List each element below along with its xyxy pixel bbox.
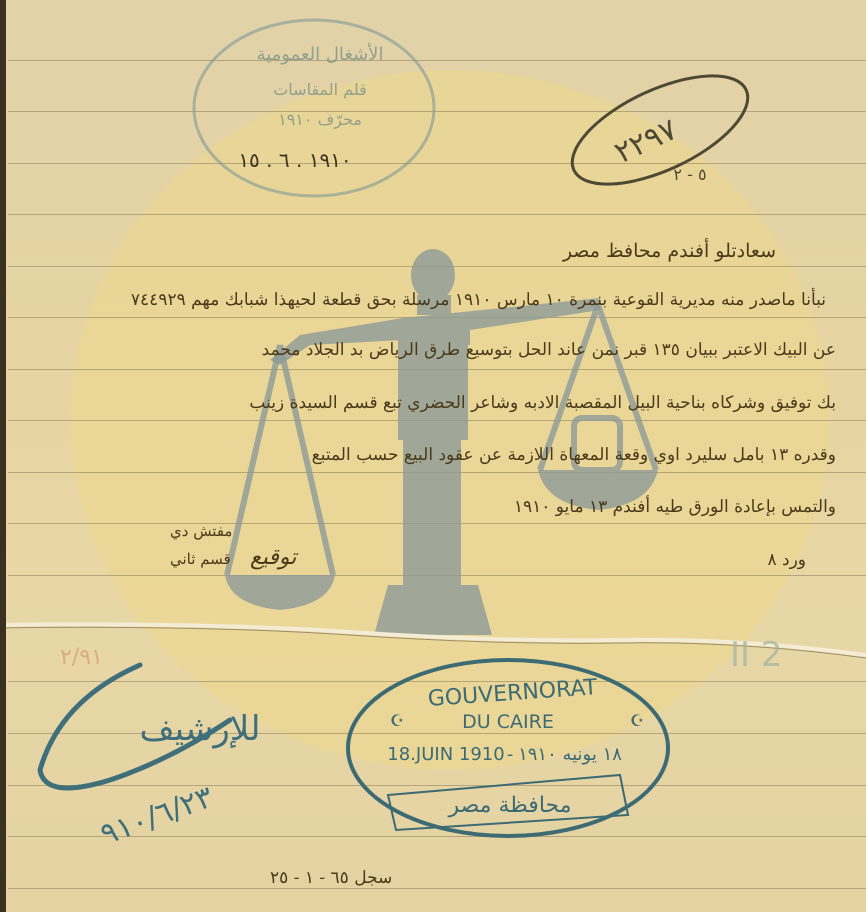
- svg-text:☪: ☪: [390, 711, 404, 730]
- svg-text:محافظة مصر: محافظة مصر: [447, 793, 571, 818]
- bottom-note: سجل ٦٥ - ١ - ٢٥: [270, 868, 392, 888]
- svg-text:١٨ يونيه ١٩١٠: ١٨ يونيه ١٩١٠: [518, 744, 622, 765]
- gouvernorat-du-caire-stamp: GOUVERNORAT ☪ ☪ DU CAIRE 18.JUIN 1910 - …: [0, 0, 866, 912]
- svg-text:☪: ☪: [630, 711, 644, 730]
- svg-text:-: -: [507, 744, 514, 765]
- svg-text:DU CAIRE: DU CAIRE: [462, 711, 554, 733]
- document-page: الأشغال العمومية قلم المقاسات محرّف ١٩١٠…: [0, 0, 866, 912]
- svg-text:GOUVERNORAT: GOUVERNORAT: [427, 675, 599, 712]
- left-margin-bar: [0, 0, 6, 912]
- svg-text:18.JUIN 1910: 18.JUIN 1910: [387, 744, 504, 765]
